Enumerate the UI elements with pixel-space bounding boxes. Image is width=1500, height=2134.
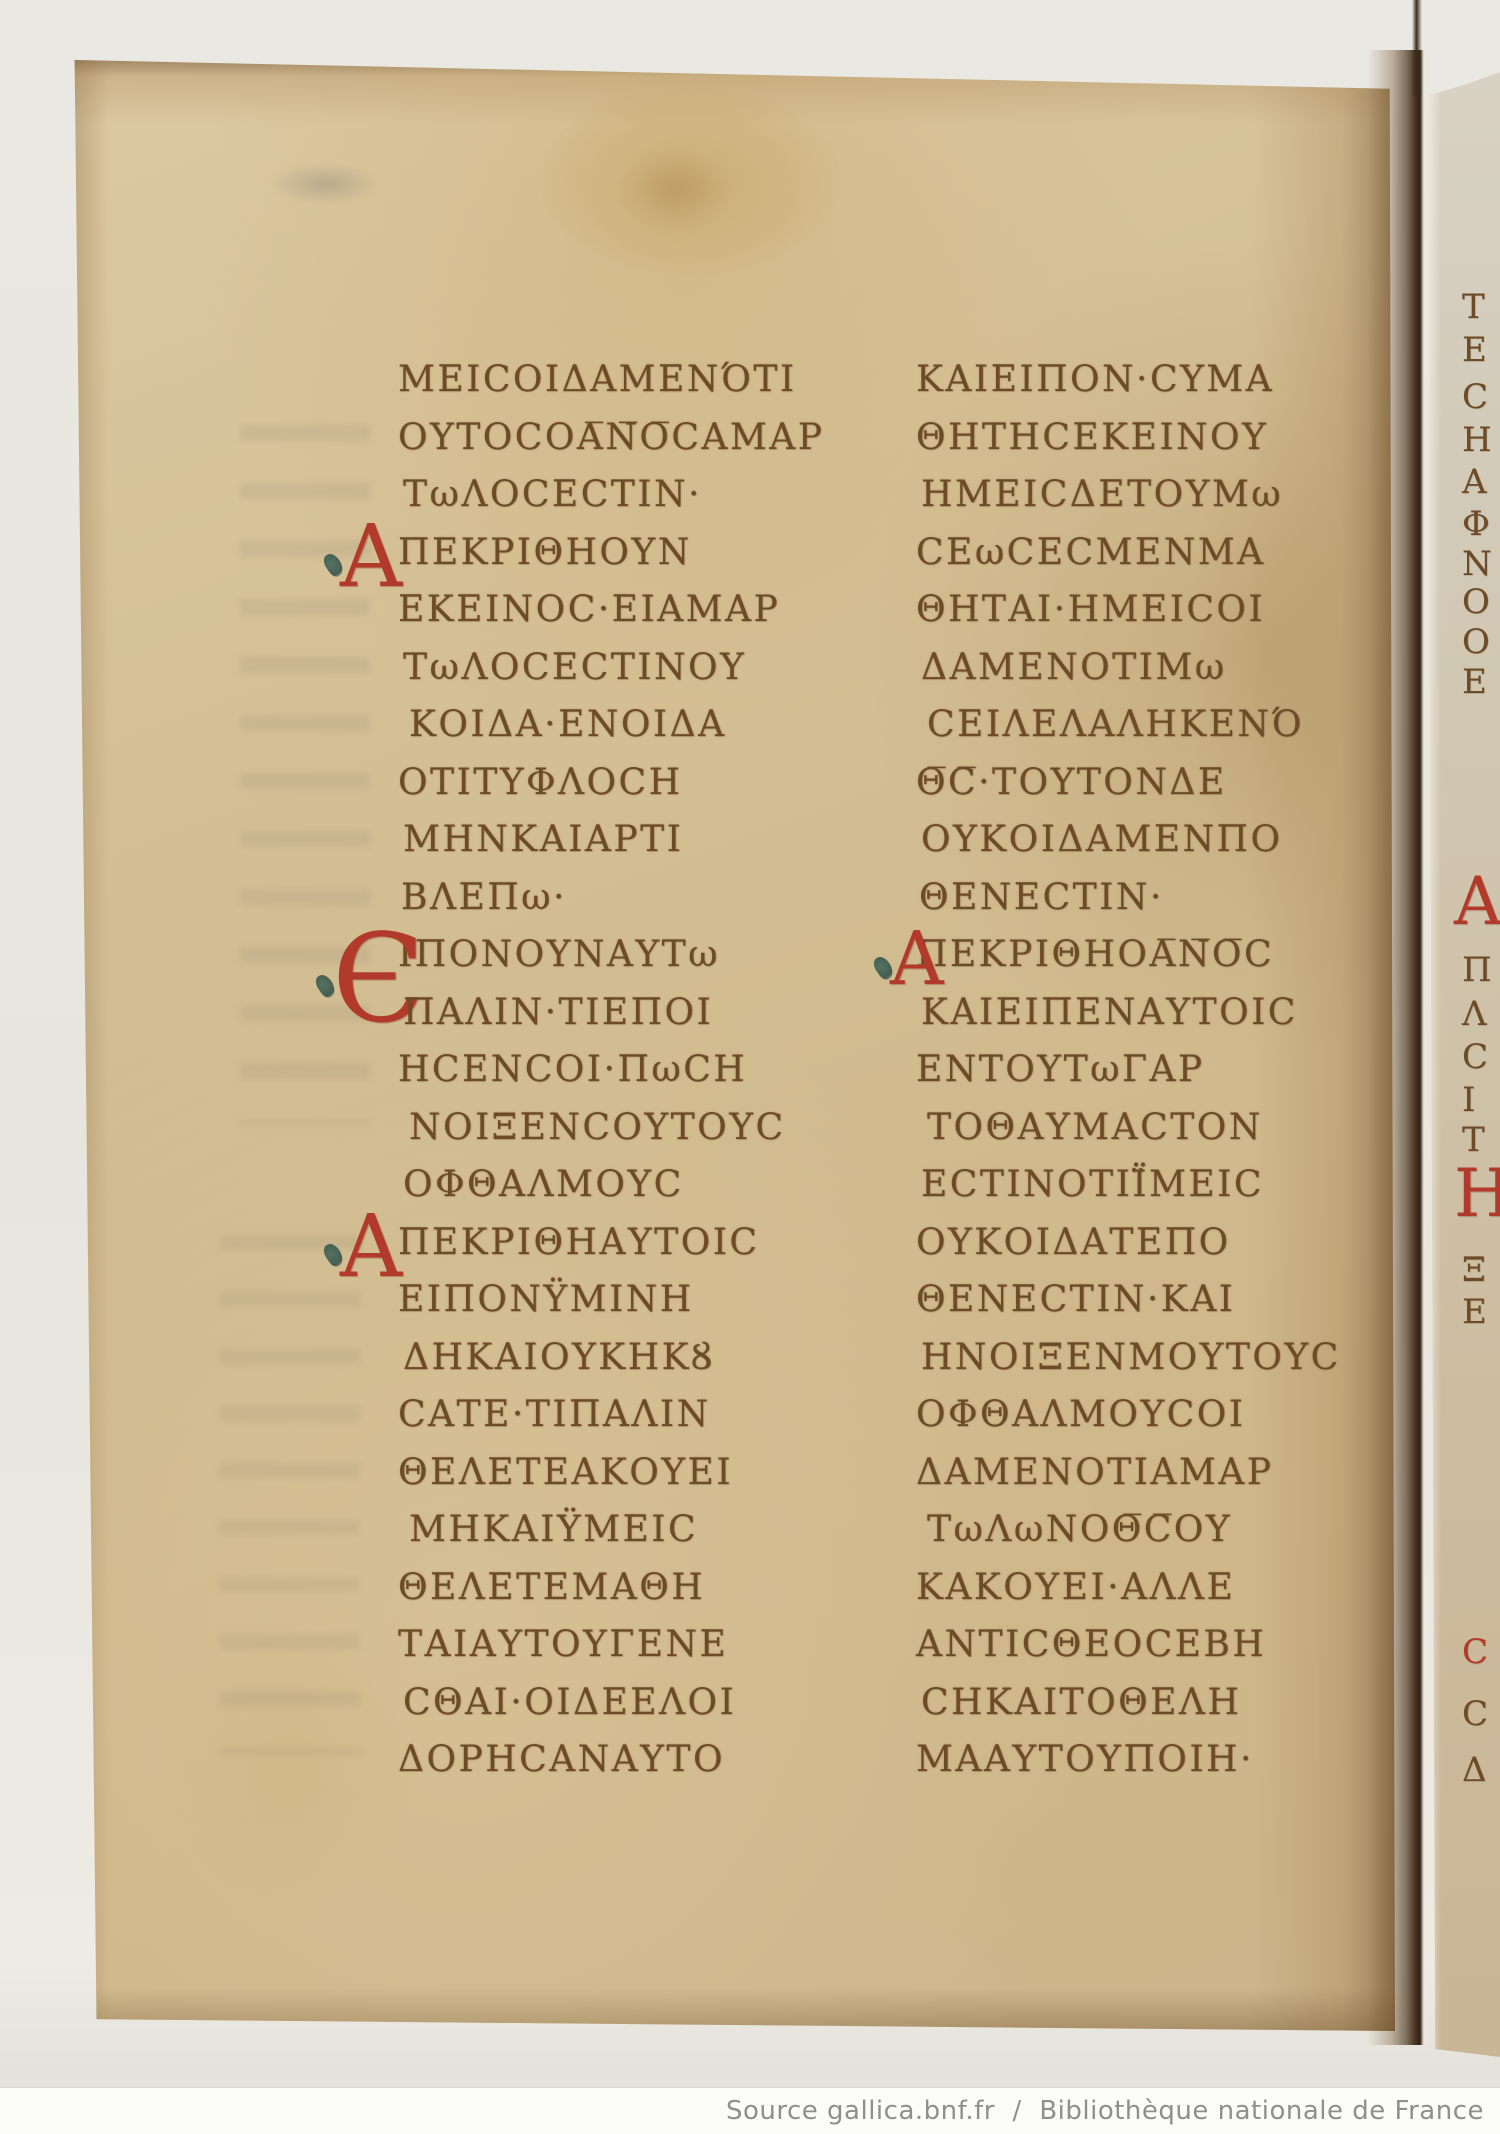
manuscript-line: ΘΕΝΕϹΤΙΝ·ΚΑΙ <box>916 1271 1386 1329</box>
manuscript-line: ΔΗΚΑΙΟΥΚΗΚȢ <box>398 1329 868 1387</box>
manuscript-line: ΜΗΚΑΙΫΜΕΙϹ <box>398 1501 868 1559</box>
stain <box>270 163 380 205</box>
fragment-char: Α <box>1462 462 1487 502</box>
manuscript-line: ΑΝΤΙϹΘΕΟϹΕΒΗ <box>916 1616 1386 1674</box>
facing-fragment: Φ <box>1462 504 1490 544</box>
line-text: ΟΥΤΟϹΟΑ̅Ν̅Ο̅ϹΑΜΑΡ <box>398 409 825 467</box>
stain <box>615 145 735 235</box>
facing-fragment: Τ <box>1462 1120 1485 1160</box>
line-text: ΠΕΚΡΙΘΗΟΑ̅Ν̅Ο̅Ϲ <box>916 926 1274 984</box>
stain <box>160 1615 420 1915</box>
line-text: ΕϹΤΙΝΟΤΙΪ̈ΜΕΙϹ <box>921 1156 1264 1214</box>
manuscript-line: ΤωΛωΝΟΘ̅Ϲ̅ΟΥ <box>916 1501 1386 1559</box>
facing-fragment: Η <box>1462 420 1492 460</box>
fragment-char: Λ <box>1462 994 1487 1034</box>
binding-gutter <box>1368 50 1430 2045</box>
line-text: ΚΑΚΟΥΕΙ·ΑΛΛΕ <box>916 1559 1235 1617</box>
bleed-through-mark <box>220 1235 360 1755</box>
facing-fragment: Δ <box>1462 1750 1487 1790</box>
manuscript-line: ΕΚΕΙΝΟϹ·ΕΙΑΜΑΡ <box>398 581 868 639</box>
fragment-char: Ϲ <box>1462 1632 1488 1672</box>
line-text: ΜΗΝΚΑΙΑΡΤΙ <box>403 811 683 869</box>
manuscript-line: ΜΕΙϹΟΙΔΑΜΕΝΌΤΙ <box>398 351 868 409</box>
facing-fragment: Ϲ <box>1462 377 1488 417</box>
attribution-bar: Source gallica.bnf.fr / Bibliothèque nat… <box>0 2087 1500 2134</box>
manuscript-line: ΕΙΠΟΝΫΜΙΝΗ <box>398 1271 868 1329</box>
manuscript-line: ΟΤΙΤΥΦΛΟϹΗ <box>398 754 868 812</box>
manuscript-line: ΚΟΙΔΑ·ΕΝΟΙΔΑ <box>398 696 868 754</box>
fragment-char: Ε <box>1462 662 1487 702</box>
manuscript-line: ΘΕΛΕΤΕΑΚΟΥΕΙ <box>398 1444 868 1502</box>
facing-fragment: Ϲ <box>1462 1037 1488 1077</box>
line-text: ΘΕΛΕΤΕΜΑΘΗ <box>398 1559 705 1617</box>
fragment-char: Τ <box>1462 287 1485 327</box>
line-text: ΘΕΛΕΤΕΑΚΟΥΕΙ <box>398 1444 733 1502</box>
line-text: ΟΥΚΟΙΔΑΤΕΠΟ <box>916 1214 1231 1272</box>
manuscript-line: ΚΑΙΕΙΠΕΝΑΥΤΟΙϹ <box>916 984 1386 1042</box>
line-text: Θ̅Ϲ̅·ΤΟΥΤΟΝΔΕ <box>916 754 1227 812</box>
facing-fragment: Ο <box>1462 622 1490 662</box>
facing-fragment: Τ <box>1462 287 1485 327</box>
line-text: ΘΕΝΕϹΤΙΝ·ΚΑΙ <box>916 1271 1235 1329</box>
line-text: ΟΦΘΑΛΜΟΥϹΟΙ <box>916 1386 1245 1444</box>
manuscript-page: ΜΕΙϹΟΙΔΑΜΕΝΌΤΙ ΟΥΤΟϹΟΑ̅Ν̅Ο̅ϹΑΜΑΡ ΤωΛΟϹΕϹ… <box>70 55 1395 2037</box>
line-text: ΔΑΜΕΝΟΤΙΑΜΑΡ <box>916 1444 1273 1502</box>
fragment-char: Ε <box>1462 1292 1487 1332</box>
fragment-char: Φ <box>1462 504 1490 544</box>
attribution-text: Source gallica.bnf.fr / Bibliothèque nat… <box>726 2096 1500 2126</box>
line-text: ΔΟΡΗϹΑΝΑΥΤΟ <box>398 1731 725 1789</box>
manuscript-line: ΜΑΑΥΤΟΥΠΟΙΗ· <box>916 1731 1386 1789</box>
fragment-char: Ϲ <box>1462 1694 1488 1734</box>
line-text: ΘΗΤΑΙ·ΗΜΕΙϹΟΙ <box>916 581 1265 639</box>
stain <box>890 1755 1310 1995</box>
manuscript-line: Є ΙΠΟΝΟΥΝΑΥΤω <box>398 926 868 984</box>
text-column-right: ΚΑΙΕΙΠΟΝ·ϹΥΜΑ ΘΗΤΗϹΕΚΕΙΝΟΥ ΗΜΕΙϹΔΕΤΟΥΜω … <box>916 351 1386 1789</box>
fragment-char: Α <box>1454 863 1500 940</box>
manuscript-line: Θ̅Ϲ̅·ΤΟΥΤΟΝΔΕ <box>916 754 1386 812</box>
binding-seam <box>1412 0 1422 95</box>
stain <box>540 85 840 275</box>
line-text: ϹΕΙΛΕΛΑΛΗΚΕΝΌ <box>927 696 1304 754</box>
manuscript-line: ΤωΛΟϹΕϹΤΙΝΟΥ <box>398 639 868 697</box>
manuscript-line: ΘΕΛΕΤΕΜΑΘΗ <box>398 1559 868 1617</box>
manuscript-line: ΟΥΚΟΙΔΑΜΕΝΠΟ <box>916 811 1386 869</box>
facing-fragment: Η <box>1454 1164 1500 1224</box>
manuscript-line: ϹΗΚΑΙΤΟΘΕΛΗ <box>916 1674 1386 1732</box>
line-text: ΕΚΕΙΝΟϹ·ΕΙΑΜΑΡ <box>398 581 780 639</box>
line-text: ΘΕΝΕϹΤΙΝ· <box>919 869 1164 927</box>
manuscript-line: ΜΗΝΚΑΙΑΡΤΙ <box>398 811 868 869</box>
manuscript-line: ΗΜΕΙϹΔΕΤΟΥΜω <box>916 466 1386 524</box>
facing-fragment: Ϲ <box>1462 1694 1488 1734</box>
fragment-char: Τ <box>1462 1120 1485 1160</box>
illuminated-initial: Α <box>340 514 402 600</box>
line-text: ΗΜΕΙϹΔΕΤΟΥΜω <box>921 466 1283 524</box>
manuscript-line: ΟΦΘΑΛΜΟΥϹΟΙ <box>916 1386 1386 1444</box>
facing-fragment: Ε <box>1462 662 1487 702</box>
facing-fragment: Π <box>1462 950 1492 990</box>
manuscript-line: ϹΑΤΕ·ΤΙΠΑΛΙΝ <box>398 1386 868 1444</box>
facing-fragment: Ι <box>1462 1080 1475 1120</box>
text-column-left: ΜΕΙϹΟΙΔΑΜΕΝΌΤΙ ΟΥΤΟϹΟΑ̅Ν̅Ο̅ϹΑΜΑΡ ΤωΛΟϹΕϹ… <box>398 351 868 1789</box>
line-text: ΝΟΙΞΕΝϹΟΥΤΟΥϹ <box>409 1099 786 1157</box>
line-text: ΤΟΘΑΥΜΑϹΤΟΝ <box>927 1099 1263 1157</box>
line-text: ΑΝΤΙϹΘΕΟϹΕΒΗ <box>916 1616 1266 1674</box>
line-text: ΤωΛωΝΟΘ̅Ϲ̅ΟΥ <box>927 1501 1232 1559</box>
line-text: ΚΑΙΕΙΠΟΝ·ϹΥΜΑ <box>916 351 1274 409</box>
line-text: ΔΗΚΑΙΟΥΚΗΚȢ <box>403 1329 714 1387</box>
facing-fragment: Ε <box>1462 1292 1487 1332</box>
manuscript-line: ΘΕΝΕϹΤΙΝ· <box>916 869 1386 927</box>
manuscript-line: ΔΟΡΗϹΑΝΑΥΤΟ <box>398 1731 868 1789</box>
manuscript-line: ΕΝΤΟΥΤωΓΑΡ <box>916 1041 1386 1099</box>
fragment-char: Ξ <box>1462 1250 1486 1290</box>
manuscript-line: ΟΦΘΑΛΜΟΥϹ <box>398 1156 868 1214</box>
manuscript-line: ΔΑΜΕΝΟΤΙΜω <box>916 639 1386 697</box>
line-text: ΒΛΕΠω· <box>401 869 567 927</box>
line-text: ΜΑΑΥΤΟΥΠΟΙΗ· <box>916 1731 1254 1789</box>
line-text: ΘΗΤΗϹΕΚΕΙΝΟΥ <box>916 409 1268 467</box>
line-text: ΤΑΙΑΥΤΟΥΓΕΝΕ <box>398 1616 728 1674</box>
fragment-char: Π <box>1462 950 1492 990</box>
facing-fragment: Ο <box>1462 582 1490 622</box>
fragment-char: Η <box>1462 420 1492 460</box>
line-text: ΟΦΘΑΛΜΟΥϹ <box>403 1156 684 1214</box>
photo-background: ΜΕΙϹΟΙΔΑΜΕΝΌΤΙ ΟΥΤΟϹΟΑ̅Ν̅Ο̅ϹΑΜΑΡ ΤωΛΟϹΕϹ… <box>0 0 1500 2134</box>
fragment-char: Ν <box>1462 544 1492 584</box>
fragment-char: Ο <box>1462 622 1490 662</box>
line-text: ΔΑΜΕΝΟΤΙΜω <box>921 639 1227 697</box>
manuscript-line: ΗΝΟΙΞΕΝΜΟΥΤΟΥϹ <box>916 1329 1386 1387</box>
manuscript-line: ΘΗΤΗϹΕΚΕΙΝΟΥ <box>916 409 1386 467</box>
manuscript-line: ΝΟΙΞΕΝϹΟΥΤΟΥϹ <box>398 1099 868 1157</box>
manuscript-line: ΤωΛΟϹΕϹΤΙΝ· <box>398 466 868 524</box>
manuscript-line: ϹΕΙΛΕΛΑΛΗΚΕΝΌ <box>916 696 1386 754</box>
illuminated-initial: Α <box>340 1204 402 1290</box>
facing-fragment: Ν <box>1462 544 1492 584</box>
facing-fragment: Λ <box>1462 994 1487 1034</box>
manuscript-line: ΟΥΤΟϹΟΑ̅Ν̅Ο̅ϹΑΜΑΡ <box>398 409 868 467</box>
line-text: ΗΝΟΙΞΕΝΜΟΥΤΟΥϹ <box>921 1329 1341 1387</box>
manuscript-line: ΤΑΙΑΥΤΟΥΓΕΝΕ <box>398 1616 868 1674</box>
line-text: ΠΑΛΙΝ·ΤΙΕΠΟΙ <box>403 984 713 1042</box>
line-text: ΕΙΠΟΝΫΜΙΝΗ <box>398 1271 694 1329</box>
line-text: ΤωΛΟϹΕϹΤΙΝΟΥ <box>403 639 746 697</box>
facing-page-edge: Τ Ε Ϲ Η Α Φ Ν Ο Ο Ε Α Π Λ Ϲ Ι Τ Η Ξ Ε Ϲ … <box>1428 72 1500 2057</box>
line-text: ΚΑΙΕΙΠΕΝΑΥΤΟΙϹ <box>921 984 1298 1042</box>
line-text: ΟΥΚΟΙΔΑΜΕΝΠΟ <box>921 811 1282 869</box>
line-text: ΠΕΚΡΙΘΗΑΥΤΟΙϹ <box>398 1214 759 1272</box>
line-text: ϹΘΑΙ·ΟΙΔΕΕΛΟΙ <box>403 1674 736 1732</box>
line-text: ΕΝΤΟΥΤωΓΑΡ <box>916 1041 1205 1099</box>
manuscript-line: ϹΕωϹΕϹΜΕΝΜΑ <box>916 524 1386 582</box>
manuscript-line: ΘΗΤΑΙ·ΗΜΕΙϹΟΙ <box>916 581 1386 639</box>
manuscript-line: Α ΠΕΚΡΙΘΗΟΥΝ <box>398 524 868 582</box>
manuscript-line: ΠΑΛΙΝ·ΤΙΕΠΟΙ <box>398 984 868 1042</box>
fragment-char: Η <box>1454 1155 1500 1232</box>
line-text: ΙΠΟΝΟΥΝΑΥΤω <box>398 926 720 984</box>
manuscript-line: Α ΠΕΚΡΙΘΗΑΥΤΟΙϹ <box>398 1214 868 1272</box>
line-text: ΜΗΚΑΙΫΜΕΙϹ <box>409 1501 698 1559</box>
fragment-char: Ϲ <box>1462 1037 1488 1077</box>
manuscript-line: ΕϹΤΙΝΟΤΙΪ̈ΜΕΙϹ <box>916 1156 1386 1214</box>
line-text: ΜΕΙϹΟΙΔΑΜΕΝΌΤΙ <box>398 351 797 409</box>
fragment-char: Ι <box>1462 1080 1475 1120</box>
manuscript-line: ΤΟΘΑΥΜΑϹΤΟΝ <box>916 1099 1386 1157</box>
line-text: ΤωΛΟϹΕϹΤΙΝ· <box>403 466 702 524</box>
fragment-char: Δ <box>1462 1750 1487 1790</box>
fragment-char: Ο <box>1462 582 1490 622</box>
fragment-char: Ε <box>1462 330 1487 370</box>
facing-fragment: Α <box>1454 872 1500 932</box>
manuscript-line: Α ΠΕΚΡΙΘΗΟΑ̅Ν̅Ο̅Ϲ <box>916 926 1386 984</box>
manuscript-line: ΒΛΕΠω· <box>398 869 868 927</box>
line-text: ΗϹΕΝϹΟΙ·ΠωϹΗ <box>398 1041 747 1099</box>
line-text: ΚΟΙΔΑ·ΕΝΟΙΔΑ <box>409 696 727 754</box>
fragment-char: Ϲ <box>1462 377 1488 417</box>
manuscript-line: ΗϹΕΝϹΟΙ·ΠωϹΗ <box>398 1041 868 1099</box>
facing-fragment: Ε <box>1462 330 1487 370</box>
manuscript-line: ϹΘΑΙ·ΟΙΔΕΕΛΟΙ <box>398 1674 868 1732</box>
line-text: ΟΤΙΤΥΦΛΟϹΗ <box>398 754 683 812</box>
facing-fragment: Ϲ <box>1462 1632 1488 1672</box>
line-text: ΠΕΚΡΙΘΗΟΥΝ <box>398 524 692 582</box>
line-text: ϹΑΤΕ·ΤΙΠΑΛΙΝ <box>398 1386 711 1444</box>
facing-fragment: Α <box>1462 462 1487 502</box>
facing-fragment: Ξ <box>1462 1250 1486 1290</box>
manuscript-line: ΔΑΜΕΝΟΤΙΑΜΑΡ <box>916 1444 1386 1502</box>
line-text: ϹΕωϹΕϹΜΕΝΜΑ <box>916 524 1266 582</box>
manuscript-line: ΚΑΚΟΥΕΙ·ΑΛΛΕ <box>916 1559 1386 1617</box>
line-text: ϹΗΚΑΙΤΟΘΕΛΗ <box>921 1674 1241 1732</box>
manuscript-line: ΟΥΚΟΙΔΑΤΕΠΟ <box>916 1214 1386 1272</box>
manuscript-line: ΚΑΙΕΙΠΟΝ·ϹΥΜΑ <box>916 351 1386 409</box>
